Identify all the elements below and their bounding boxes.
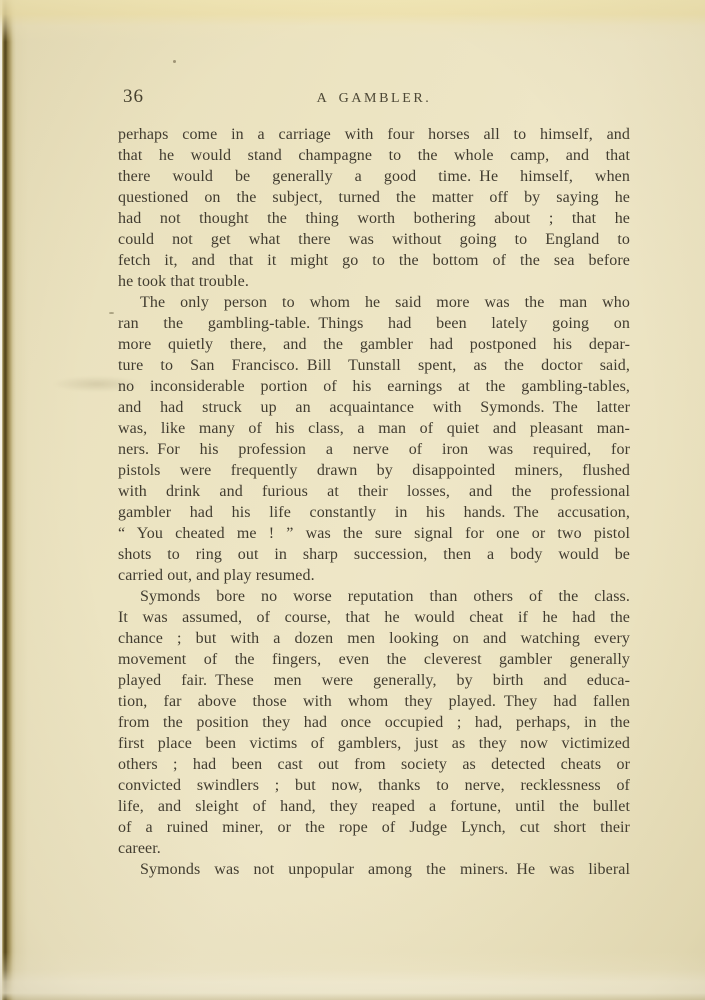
text-line: shots to ring out in sharp succession, t… (118, 544, 630, 565)
paragraph: Symonds bore no worse reputation than ot… (118, 586, 630, 859)
text-line: ners. For his profession a nerve of iron… (118, 439, 630, 460)
text-line: career. (118, 838, 630, 859)
text-line: perhaps come in a carriage with four hor… (118, 124, 630, 145)
text-line: of a ruined miner, or the rope of Judge … (118, 817, 630, 838)
paragraph: perhaps come in a carriage with four hor… (118, 124, 630, 292)
paragraph: The only person to whom he said more was… (118, 292, 630, 586)
text-line: could not get what there was without goi… (118, 229, 630, 250)
text-line: and had struck up an acquaintance with S… (118, 397, 630, 418)
page-header: 36 A GAMBLER. (118, 86, 630, 110)
text-line: from the position they had once occupied… (118, 712, 630, 733)
paper-speck (173, 60, 176, 63)
paragraph: Symonds was not unpopular among the mine… (118, 859, 630, 880)
text-line: was, like many of his class, a man of qu… (118, 418, 630, 439)
text-line: pistols were frequently drawn by disappo… (118, 460, 630, 481)
text-line: questioned on the subject, turned the ma… (118, 187, 630, 208)
text-line: chance ; but with a dozen men looking on… (118, 628, 630, 649)
text-line: ture to San Francisco. Bill Tunstall spe… (118, 355, 630, 376)
text-line: he took that trouble. (118, 271, 630, 292)
text-line: there would be generally a good time. He… (118, 166, 630, 187)
text-line: It was assumed, of course, that he would… (118, 607, 630, 628)
text-line: movement of the fingers, even the clever… (118, 649, 630, 670)
paper-speck (109, 312, 114, 314)
text-line: no inconsiderable portion of his earning… (118, 376, 630, 397)
text-line: that he would stand champagne to the who… (118, 145, 630, 166)
text-line: first place been victims of gamblers, ju… (118, 733, 630, 754)
text-line: others ; had been cast out from society … (118, 754, 630, 775)
text-line: “ You cheated me ! ” was the sure signal… (118, 523, 630, 544)
text-line: ran the gambling-table. Things had been … (118, 313, 630, 334)
text-line: carried out, and play resumed. (118, 565, 630, 586)
text-line: convicted swindlers ; but now, thanks to… (118, 775, 630, 796)
text-line: The only person to whom he said more was… (118, 292, 630, 313)
text-line: played fair. These men were generally, b… (118, 670, 630, 691)
text-line: more quietly there, and the gambler had … (118, 334, 630, 355)
text-line: had not thought the thing worth botherin… (118, 208, 630, 229)
book-page-scan: 36 A GAMBLER. perhaps come in a carriage… (0, 0, 705, 1000)
text-line: Symonds was not unpopular among the mine… (118, 859, 630, 880)
text-line: life, and sleight of hand, they reaped a… (118, 796, 630, 817)
text-line: Symonds bore no worse reputation than ot… (118, 586, 630, 607)
text-line: gambler had his life constantly in his h… (118, 502, 630, 523)
page-text: perhaps come in a carriage with four hor… (118, 124, 630, 880)
book-binding-edge (0, 0, 30, 1000)
text-line: tion, far above those with whom they pla… (118, 691, 630, 712)
text-line: fetch it, and that it might go to the bo… (118, 250, 630, 271)
text-line: with drink and furious at their losses, … (118, 481, 630, 502)
running-title: A GAMBLER. (118, 91, 630, 107)
page-bottom-edge (0, 952, 705, 1000)
page-top-edge (0, 0, 705, 42)
